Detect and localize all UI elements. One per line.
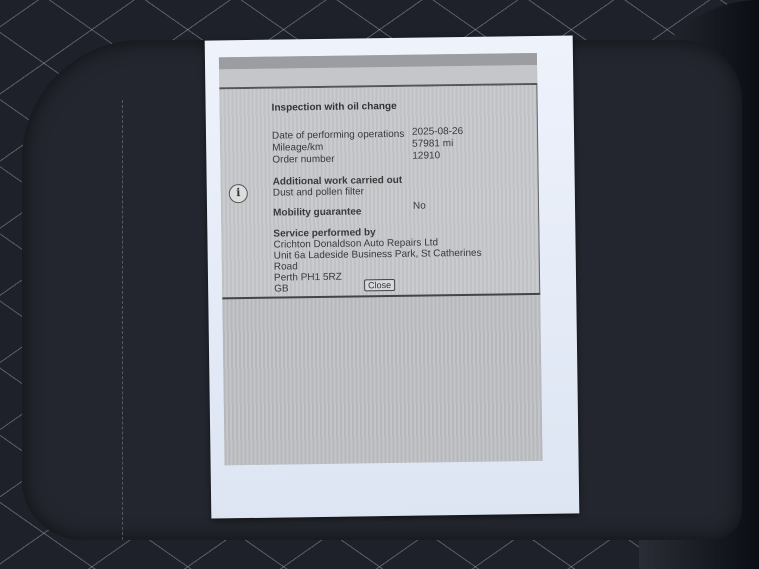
mobility-guarantee-label: Mobility guarantee	[273, 206, 362, 218]
service-line: GB	[274, 283, 289, 294]
field-label-date: Date of performing operations	[272, 129, 404, 142]
service-line: Perth PH1 5RZ	[274, 272, 342, 284]
close-button[interactable]: Close	[364, 279, 395, 291]
field-value-mileage: 57981 mi	[412, 138, 453, 150]
additional-work-value: Dust and pollen filter	[273, 186, 364, 198]
seat-stitch	[122, 100, 124, 540]
mobility-guarantee-value: No	[413, 201, 426, 212]
service-line: Unit 6a Ladeside Business Park, St Cathe…	[274, 248, 482, 262]
field-value-date: 2025-08-26	[412, 126, 463, 138]
dialog-title: Inspection with oil change	[272, 101, 397, 114]
field-label-order: Order number	[272, 154, 334, 166]
info-icon: i	[229, 184, 248, 203]
field-label-mileage: Mileage/km	[272, 142, 323, 154]
field-value-order: 12910	[412, 150, 440, 161]
printed-screenshot: Inspection with oil change Date of perfo…	[219, 53, 543, 465]
additional-work-heading: Additional work carried out	[273, 175, 403, 188]
service-line: Road	[274, 261, 298, 272]
service-detail-dialog: Inspection with oil change Date of perfo…	[219, 85, 540, 299]
printed-paper: Inspection with oil change Date of perfo…	[205, 35, 580, 518]
